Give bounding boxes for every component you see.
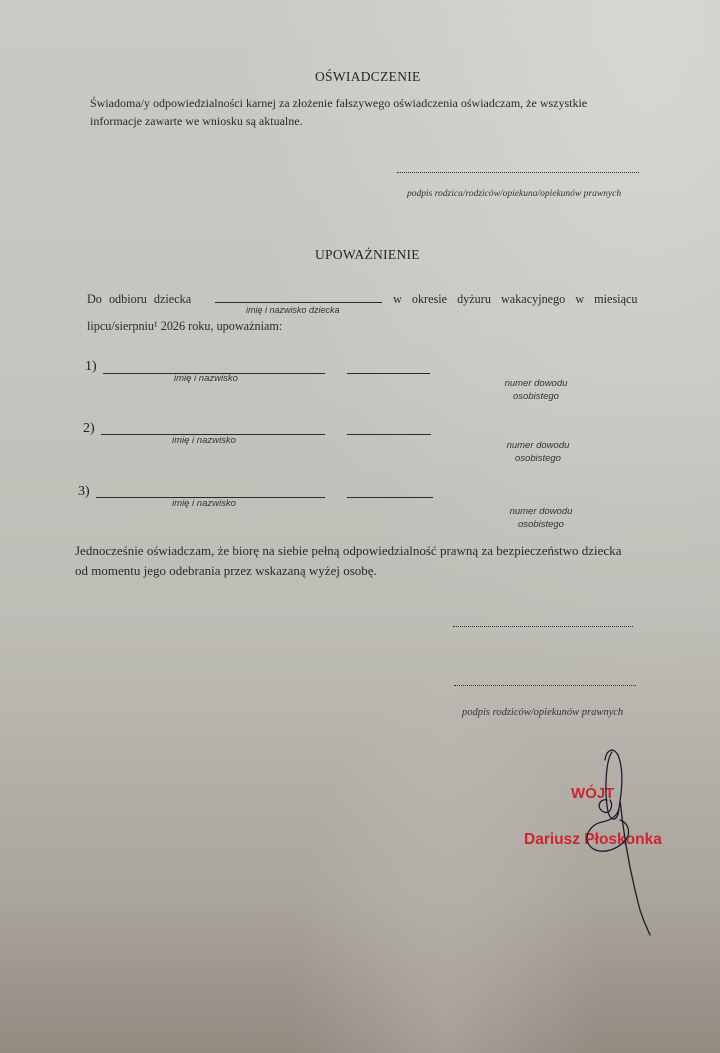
handwritten-signature-icon [0, 0, 720, 1053]
